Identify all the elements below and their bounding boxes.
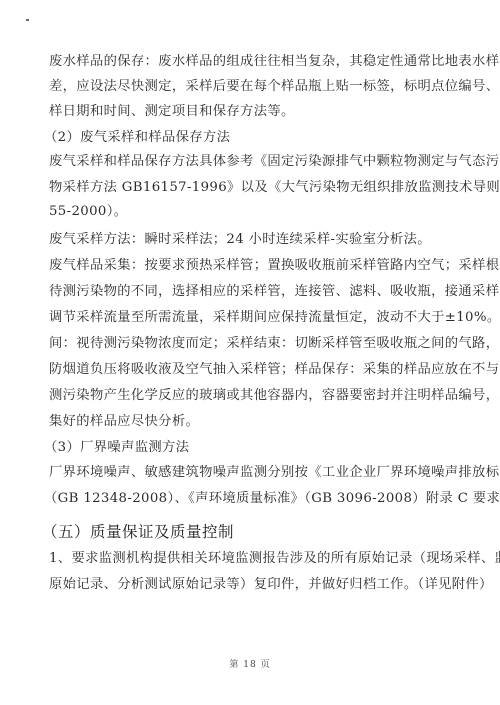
subsection-title-3: （3）厂界噪声监测方法 <box>44 440 454 456</box>
text-line: 原始记录、分析测试原始记录等）复印件，并做好归档工作。（详见附件） <box>49 577 459 593</box>
text-line: 差，应设法尽快测定，采样后要在每个样品瓶上贴一标签，标明点位编号、采 <box>49 79 459 95</box>
text-line: 调节采样流量至所需流量，采样期间应保持流量恒定，波动不大于±10%。采样时 <box>49 310 459 326</box>
subsection-title-2: （2）废气采样和样品保存方法 <box>44 130 454 146</box>
text-line: 厂界环境噪声、敏感建筑物噪声监测分别按《工业企业厂界环境噪声排放标准》 <box>49 465 459 481</box>
text-line: 测污染物产生化学反应的玻璃或其他容器内，容器要密封并注明样品编号，采 <box>49 388 459 404</box>
text-line: 集好的样品应尽快分析。 <box>49 414 459 430</box>
section-heading: （五）质量保证及质量控制 <box>42 522 234 542</box>
text-line: 防烟道负压将吸收液及空气抽入采样管；样品保存：采集的样品应放在不与被 <box>49 362 459 378</box>
text-line: 废气采样方法：瞬时采样法；24 小时连续采样-实验室分析法。 <box>49 232 459 248</box>
text-line: 55-2000）。 <box>49 204 459 220</box>
page-number: 第 18 页 <box>0 657 500 670</box>
text-line: 废气采样和样品保存方法具体参考《固定污染源排气中颗粒物测定与气态污染 <box>49 154 459 170</box>
text-line: 废水样品的保存：废水样品的组成往往相当复杂，其稳定性通常比地表水样更 <box>49 54 459 70</box>
text-line: 间：视待测污染物浓度而定；采样结束：切断采样管至吸收瓶之间的气路，以 <box>49 336 459 352</box>
text-line: （GB 12348-2008）、《声环境质量标准》（GB 3096-2008）附… <box>44 491 454 507</box>
scan-mark <box>26 19 29 21</box>
text-line: 1、要求监测机构提供相关环境监测报告涉及的所有原始记录（现场采样、监测 <box>49 551 459 567</box>
text-line: 待测污染物的不同，选择相应的采样管，连接管、滤料、吸收瓶，接通采样管路， <box>49 284 459 300</box>
text-line: 样日期和时间、测定项目和保存方法等。 <box>49 104 459 120</box>
text-line: 物采样方法 GB16157-1996》以及《大气污染物无组织排放监测技术导则》（… <box>49 180 459 196</box>
text-line: 废气样品采集：按要求预热采样管；置换吸收瓶前采样管路内空气；采样根据 <box>49 258 459 274</box>
